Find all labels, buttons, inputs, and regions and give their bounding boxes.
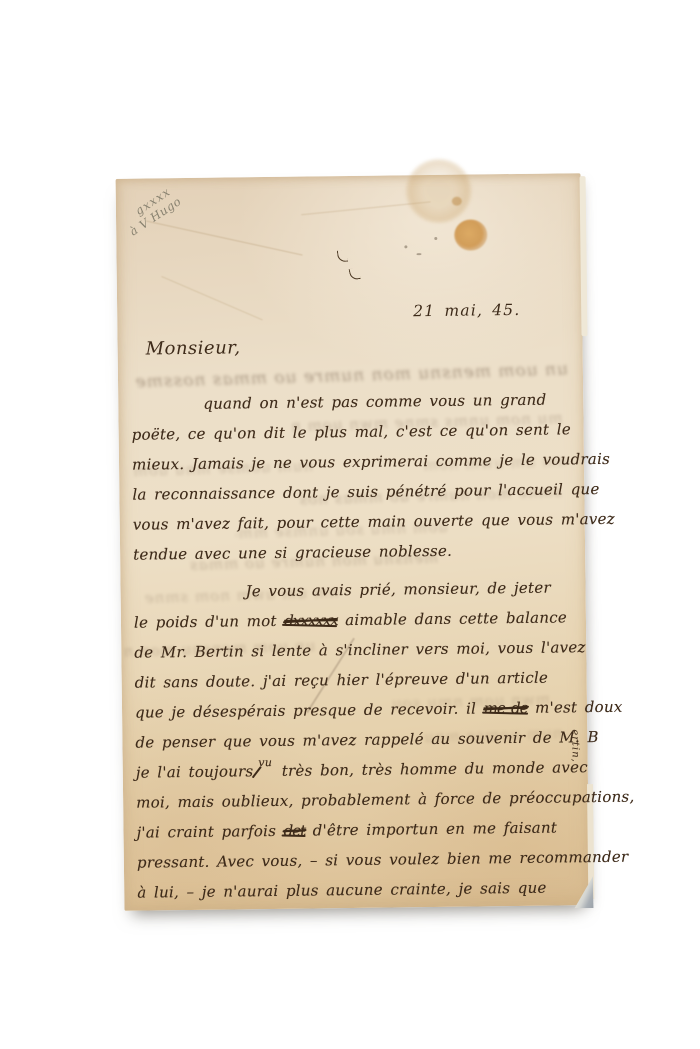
letter-line: pressant. Avec vous, – si vous voulez bi… (137, 842, 636, 878)
second-leaf-edge (580, 176, 588, 336)
stain-spot (454, 219, 487, 250)
date-line: 21 mai, 45. (413, 301, 520, 320)
letter-text: aimable dans cette balance (338, 608, 568, 629)
ink-check-mark (337, 250, 348, 263)
ink-speck (434, 237, 437, 240)
letter-line: de Mr. Bertin si lente à s'incliner vers… (134, 632, 633, 668)
ink-speck (416, 253, 421, 255)
letter-text: que je désespérais presque de recevoir. … (135, 699, 484, 721)
letter-text: je l'ai toujours (136, 762, 254, 781)
letter-line: moi, mais oublieux, probablement à force… (136, 782, 635, 818)
struck-word: det (284, 822, 306, 840)
paragraph-2: Je vous avais prié, monsieur, de jeter l… (133, 572, 635, 908)
struck-word: dxxxxxx (284, 611, 338, 630)
ink-check-mark (349, 267, 361, 281)
ink-speck (404, 245, 407, 248)
struck-word: me de (484, 699, 528, 718)
interline-insertion: vu (258, 756, 272, 769)
photo-backdrop: un uom mensnu mon numre uo mmas nossme u… (0, 0, 700, 1049)
crease-line (146, 221, 303, 256)
letter-line: vous m'avez fait, pour cette main ouvert… (133, 504, 615, 540)
salutation: Monsieur, (145, 337, 240, 359)
letter-text: m'est doux (527, 698, 622, 717)
letter-text: très bon, très homme du monde avec (274, 758, 588, 780)
paragraph-1: quand on n'est pas comme vous un grand p… (131, 384, 615, 570)
pencil-annotation: gxxxx à V Hugo (119, 182, 184, 238)
stain-dot (452, 197, 462, 206)
margin-overflow-text: ertin, (569, 729, 580, 763)
crease-line (161, 276, 262, 320)
letter-text: le poids d'un mot (134, 612, 285, 632)
letter-line: à lui, – je n'aurai plus aucune crainte,… (137, 872, 636, 908)
stain-ring (405, 159, 472, 224)
letter-paper: un uom mensnu mon numre uo mmas nossme u… (116, 173, 590, 911)
letter-text: j'ai craint parfois (136, 822, 283, 842)
letter-line: tendue avec une si gracieuse noblesse. (133, 534, 615, 570)
letter-text: d'être importun en me faisant (305, 819, 557, 840)
